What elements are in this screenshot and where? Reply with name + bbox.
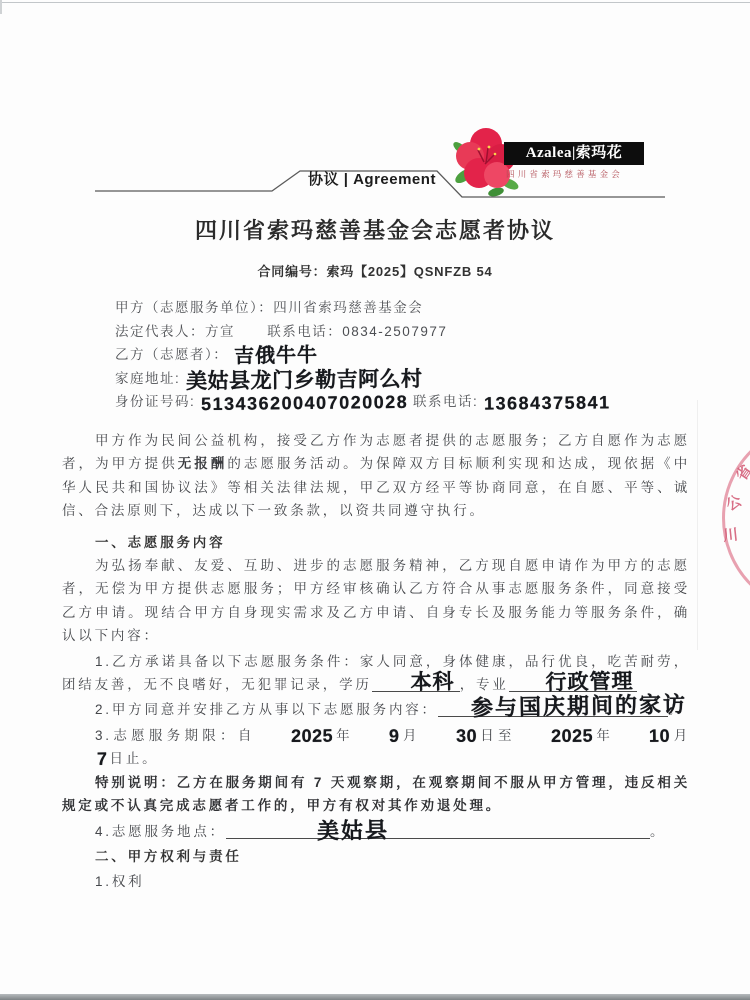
legal-rep-label: 法定代表人： (115, 324, 205, 339)
item4-suffix: 。 (650, 824, 666, 839)
start-day-handwritten: 30 (423, 727, 477, 746)
document-title: 四川省索玛慈善基金会志愿者协议 (0, 214, 750, 245)
document-page: 协议 | Agreement Azalea|索玛花 四川省索玛慈善基金会 四川省… (0, 0, 750, 1000)
item3-sep1: 年 (335, 728, 354, 743)
preamble-emphasis: 无报酬 (178, 456, 228, 471)
item4-label: 4.志愿服务地点： (95, 824, 226, 839)
scan-edge-bottom (0, 994, 750, 1000)
item3-sep6: 日止。 (110, 751, 159, 766)
logo-org-text: 四川省索玛慈善基金会 (506, 168, 646, 180)
item2-service-content: 2.甲方同意并安排乙方从事以下志愿服务内容：参与国庆期间的家访。 (62, 698, 690, 721)
location-blank: 美姑县 (226, 823, 650, 839)
item2-label: 2.甲方同意并安排乙方从事以下志愿服务内容： (95, 702, 438, 717)
contract-number: 合同编号：索玛【2025】QSNFZB 54 (0, 261, 750, 280)
phone-a-label: 联系电话： (267, 324, 342, 339)
start-year-handwritten: 2025 (258, 726, 333, 745)
major-handwritten: 行政管理 (508, 671, 636, 694)
major-blank: 行政管理 (509, 676, 637, 692)
home-address-line: 家庭地址: 美姑县龙门乡勒吉阿么村 (115, 367, 695, 391)
parties-block: 甲方（志愿服务单位）：四川省索玛慈善基金会 法定代表人：方宣 联系电话：0834… (115, 296, 695, 414)
section2-sub-item: 1.权利 (62, 870, 690, 893)
item1-conditions: 1.乙方承诺具备以下志愿服务条件：家人同意，身体健康，品行优良，吃苦耐劳，团结友… (62, 650, 690, 697)
party-b-label: 乙方（志愿者）： (115, 347, 228, 362)
section1-intro: 为弘扬奉献、友爱、互助、进步的志愿服务精神，乙方现自愿申请作为甲方的志愿者，无偿… (62, 554, 690, 648)
end-year-handwritten: 2025 (518, 726, 593, 745)
paper-fold-line (697, 400, 698, 650)
phone-a-value: 0834-2507977 (342, 324, 447, 339)
special-note: 特别说明：乙方在服务期间有 7 天观察期，在观察期间不服从甲方管理，违反相关规定… (62, 771, 690, 818)
item3-pre: 3.志愿服务期限：自 (95, 728, 256, 743)
section1-heading: 一、志愿服务内容 (62, 531, 690, 554)
end-month-handwritten: 10 (616, 727, 670, 746)
banner-label: 协议 | Agreement (282, 168, 462, 189)
foundation-logo: Azalea|索玛花 四川省索玛慈善基金会 (450, 118, 655, 200)
phone-b-label: 联系电话: (413, 394, 478, 409)
education-blank: 本科 (372, 676, 460, 692)
id-number-handwritten: 513436200407020028 (200, 393, 407, 413)
contract-body: 甲方作为民间公益机构，接受乙方作为志愿者提供的志愿服务；乙方自愿作为志愿者，为甲… (62, 429, 690, 894)
seal-character: 川 (722, 523, 739, 545)
id-number-line: 身份证号码: 513436200407020028 联系电话: 13684375… (115, 390, 695, 414)
official-seal-partial: 省 公 川 (700, 440, 750, 592)
legal-rep-value: 方宣 (205, 324, 235, 339)
end-day-handwritten: 7 (64, 750, 108, 768)
start-month-handwritten: 9 (356, 727, 400, 745)
party-b-line: 乙方（志愿者）： 吉俄牛牛 (115, 343, 695, 367)
location-handwritten: 美姑县 (284, 814, 650, 842)
special-note-label: 特别说明： (95, 775, 177, 790)
party-a-value: 四川省索玛慈善基金会 (273, 300, 423, 315)
legal-rep-line: 法定代表人：方宣 联系电话：0834-2507977 (115, 320, 695, 344)
party-a-label: 甲方（志愿服务单位）： (115, 300, 273, 315)
item3-sep3: 日至 (479, 728, 516, 743)
id-number-label: 身份证号码: (115, 394, 195, 409)
item3-service-period: 3.志愿服务期限：自2025年9月30日至2025年10月7日止。 (62, 724, 690, 771)
item3-sep5: 月 (672, 728, 690, 743)
scan-edge-top (0, 2, 750, 3)
home-address-handwritten: 美姑县龙门乡勒吉阿么村 (185, 368, 422, 391)
item3-sep2: 月 (401, 728, 420, 743)
phone-b-handwritten: 13684375841 (483, 393, 610, 412)
service-content-handwritten: 参与国庆期间的家访 (438, 694, 668, 720)
preamble-paragraph: 甲方作为民间公益机构，接受乙方作为志愿者提供的志愿服务；乙方自愿作为志愿者，为甲… (62, 429, 690, 523)
logo-brand-text: Azalea|索玛花 (504, 142, 644, 165)
section2-heading: 二、甲方权利与责任 (62, 845, 690, 868)
service-content-blank: 参与国庆期间的家访 (438, 701, 668, 717)
item3-sep4: 年 (595, 728, 614, 743)
education-handwritten: 本科 (372, 671, 460, 694)
scan-edge-top-left (0, 0, 2, 14)
party-b-handwritten-name: 吉俄牛牛 (233, 346, 317, 367)
item1-mid: ，专业 (460, 677, 509, 692)
party-a-line: 甲方（志愿服务单位）：四川省索玛慈善基金会 (115, 296, 695, 320)
item4-service-location: 4.志愿服务地点：美姑县。 (62, 820, 690, 843)
home-address-label: 家庭地址: (115, 371, 180, 386)
